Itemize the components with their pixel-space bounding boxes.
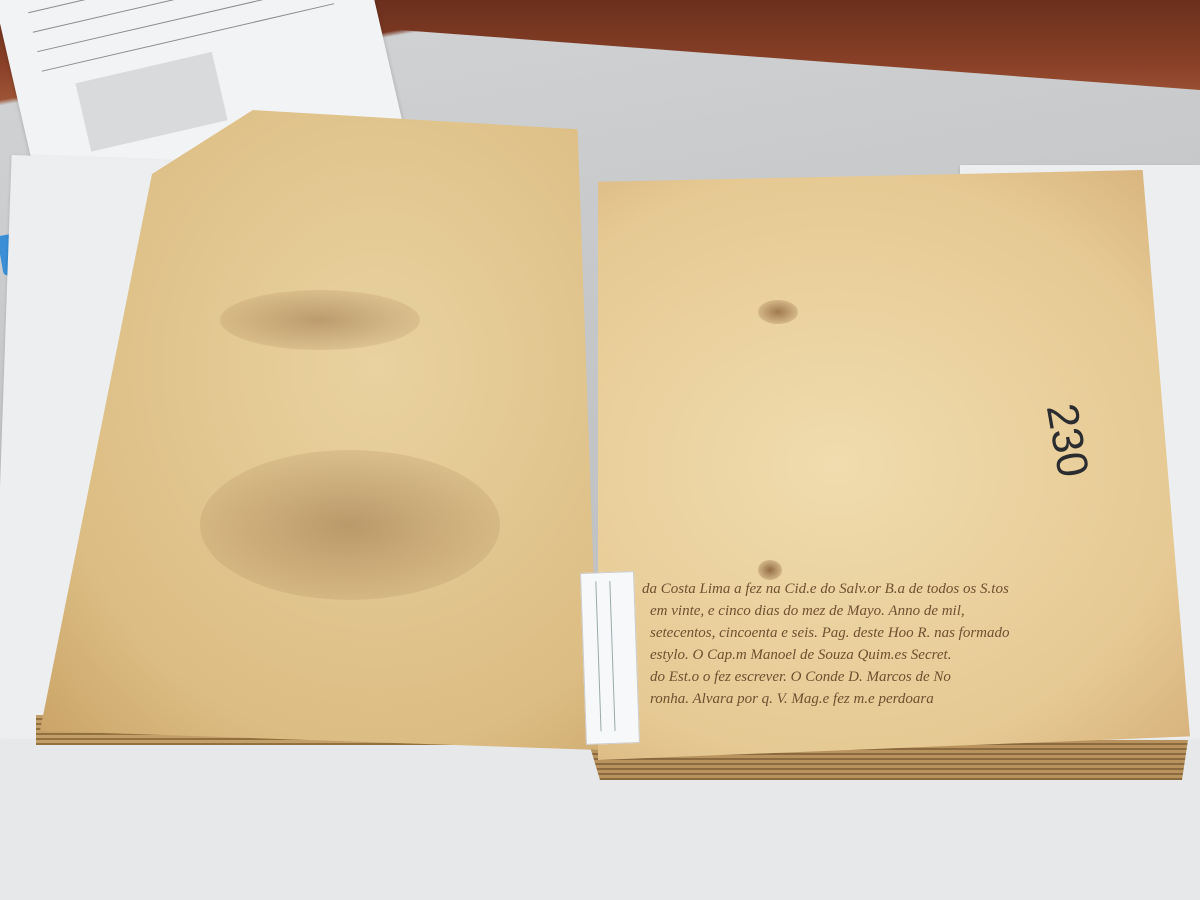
manuscript-line: da Costa Lima a fez na Cid.e do Salv.or … — [642, 578, 1009, 600]
manuscript-line: estylo. O Cap.m Manoel de Souza Quim.es … — [650, 644, 951, 666]
manuscript-line: do Est.o o fez escrever. O Conde D. Marc… — [650, 666, 951, 688]
paper-bookmark-tab — [580, 571, 640, 745]
manuscript-line: em vinte, e cinco dias do mez de Mayo. A… — [650, 600, 965, 622]
manuscript-line: setecentos, cincoenta e seis. Pag. deste… — [650, 622, 1010, 644]
manuscript-line: ronha. Alvara por q. V. Mag.e fez m.e pe… — [650, 688, 934, 710]
redacted-stamp — [75, 52, 227, 152]
